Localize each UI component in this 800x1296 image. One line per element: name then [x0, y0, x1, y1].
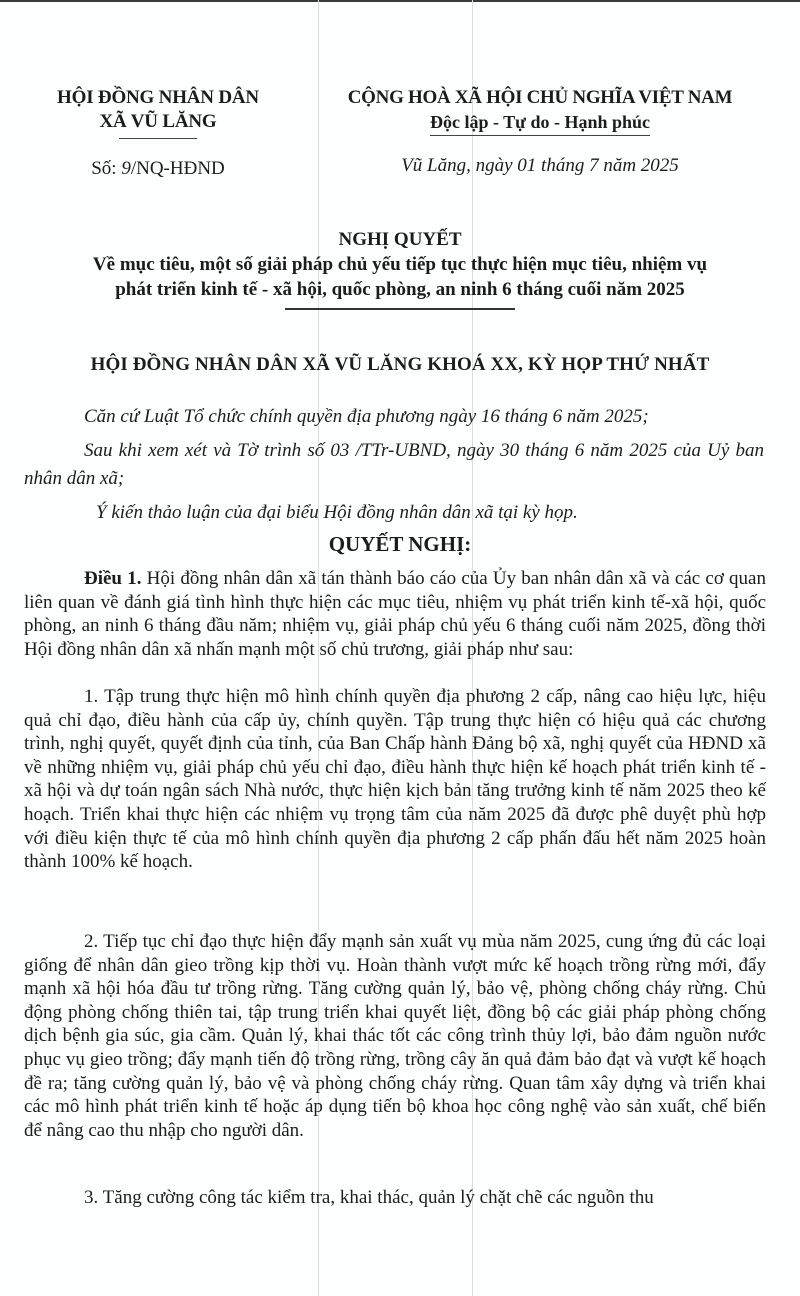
national-heading-block: CỘNG HOÀ XÃ HỘI CHỦ NGHĨA VIỆT NAM Độc l…	[300, 86, 780, 178]
title-underline	[285, 308, 515, 310]
national-motto: Độc lập - Tự do - Hạnh phúc	[430, 110, 650, 136]
item-3-paragraph: 3. Tăng cường công tác kiểm tra, khai th…	[24, 1186, 766, 1210]
document-title-block: NGHỊ QUYẾT Về mục tiêu, một số giải pháp…	[20, 228, 780, 310]
document-page: HỘI ĐỒNG NHÂN DÂN XÃ VŨ LĂNG Số: 9/NQ-HĐ…	[0, 0, 800, 1296]
document-number-label: Số:	[91, 158, 121, 179]
document-subject-line1: Về mục tiêu, một số giải pháp chủ yếu ti…	[20, 252, 780, 277]
legal-basis-1: Căn cứ Luật Tổ chức chính quyền địa phươ…	[84, 403, 784, 431]
document-number-code: /NQ-HĐND	[131, 158, 225, 179]
place-and-date: Vũ Lăng, ngày 01 tháng 7 năm 2025	[300, 154, 780, 178]
issuer-block: HỘI ĐỒNG NHÂN DÂN XÃ VŨ LĂNG Số: 9/NQ-HĐ…	[38, 86, 278, 181]
scan-top-border	[0, 0, 800, 2]
legal-basis-3: Ý kiến thảo luận của đại biểu Hội đồng n…	[96, 499, 776, 527]
issuer-name-line1: HỘI ĐỒNG NHÂN DÂN	[38, 86, 278, 110]
decision-heading: QUYẾT NGHỊ:	[20, 530, 780, 558]
document-subject-line2: phát triển kinh tế - xã hội, quốc phòng,…	[20, 277, 780, 302]
document-type: NGHỊ QUYẾT	[20, 228, 780, 252]
council-session-heading: HỘI ĐỒNG NHÂN DÂN XÃ VŨ LĂNG KHOÁ XX, KỲ…	[20, 353, 780, 377]
issuer-underline	[119, 138, 197, 139]
legal-basis-2: Sau khi xem xét và Tờ trình số 03 /TTr-U…	[24, 437, 764, 493]
article-1-label: Điều 1.	[84, 568, 141, 589]
item-2-paragraph: 2. Tiếp tục chỉ đạo thực hiện đẩy mạnh s…	[24, 930, 766, 1142]
document-number-value: 9	[121, 158, 131, 179]
article-1-paragraph: Điều 1. Hội đồng nhân dân xã tán thành b…	[24, 567, 766, 661]
issuer-name-line2: XÃ VŨ LĂNG	[38, 110, 278, 134]
document-number: Số: 9/NQ-HĐND	[38, 157, 278, 181]
national-title: CỘNG HOÀ XÃ HỘI CHỦ NGHĨA VIỆT NAM	[300, 86, 780, 110]
item-1-paragraph: 1. Tập trung thực hiện mô hình chính quy…	[24, 685, 766, 874]
